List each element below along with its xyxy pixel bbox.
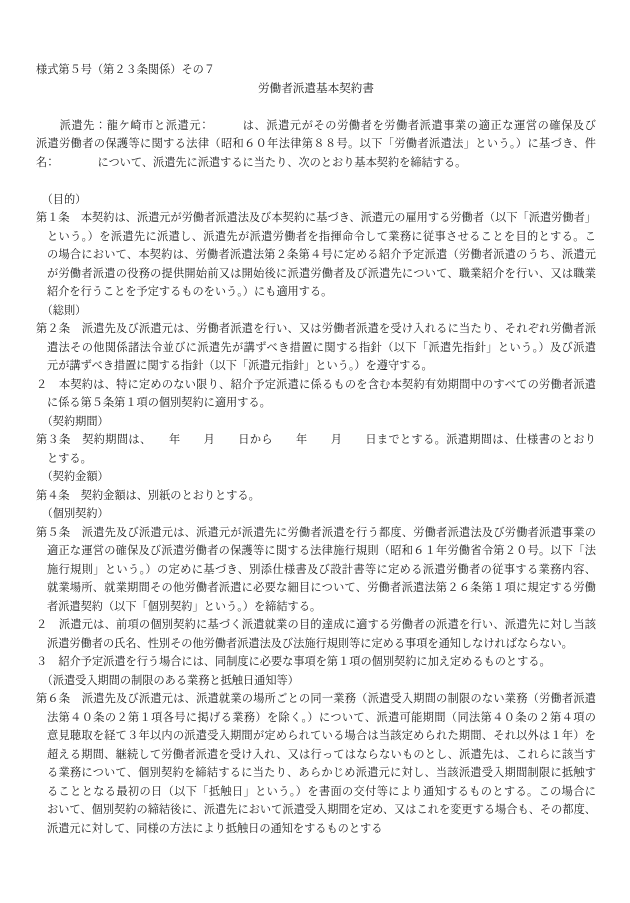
- doc-line: る業務について、個別契約を締結するに当たり、あらかじめ派遣元に対し、当該派遣受入…: [36, 764, 596, 783]
- doc-line: 者派遣契約（以下「個別契約」という。）を締結する。: [36, 598, 596, 617]
- doc-line: という。）を派遣先に派遣し、派遣先が派遣労働者を指揮命令して業務に従事させること…: [36, 228, 596, 247]
- doc-line: 派遣労働者の保護等に関する法律（昭和６０年法律第８８号。以下「労働者派遣法」とい…: [36, 135, 596, 154]
- doc-line: 第４条 契約金額は、別紙のとおりとする。: [36, 487, 596, 506]
- section-heading: （個別契約）: [36, 505, 596, 524]
- doc-line: ２ 派遣元は、前項の個別契約に基づく派遣就業の目的達成に適する労働者の派遣を行い…: [36, 616, 596, 635]
- doc-line: 第２条 派遣先及び派遣元は、労働者派遣を行い、又は労働者派遣を受け入れるに当たり…: [36, 320, 596, 339]
- doc-line: 就業場所、就業期間その他労働者派遣に必要な細目について、労働者派遣法第２６条第１…: [36, 579, 596, 598]
- doc-line: とする。: [36, 450, 596, 469]
- blank-line: [36, 98, 596, 117]
- doc-line: 遣法その他関係諸法令並びに派遣先が講ずべき措置に関する指針（以下「派遣先指針」と…: [36, 339, 596, 358]
- doc-line: 派遣先：龍ケ崎市と派遣元： は、派遣元がその労働者を労働者派遣事業の適正な運営の…: [36, 117, 596, 136]
- doc-line: 紹介を行うことを予定するものをいう。）にも適用する。: [36, 283, 596, 302]
- section-heading: （契約金額）: [36, 468, 596, 487]
- doc-line: に係る第５条第１項の個別契約に適用する。: [36, 394, 596, 413]
- doc-line: ２ 本契約は、特に定めのない限り、紹介予定派遣に係るものを含む本契約有効期間中の…: [36, 376, 596, 395]
- doc-line: ３ 紹介予定派遣を行う場合には、同制度に必要な事項を第１項の個別契約に加え定める…: [36, 653, 596, 672]
- doc-line: 第１条 本契約は、派遣元が労働者派遣法及び本契約に基づき、派遣元の雇用する労働者…: [36, 209, 596, 228]
- section-heading: （目的）: [36, 191, 596, 210]
- doc-line: 第３条 契約期間は、 年 月 日から 年 月 日までとする。派遣期間は、仕様書の…: [36, 431, 596, 450]
- doc-line: 元が講ずべき措置に関する指針（以下「派遣元指針」という。）を遵守する。: [36, 357, 596, 376]
- doc-line: 第６条 派遣先及び派遣元は、派遣就業の場所ごとの同一業務（派遣受入期間の制限のな…: [36, 690, 596, 709]
- section-heading: （派遣受入期間の制限のある業務と抵触日通知等）: [36, 672, 596, 691]
- doc-line: 超える期間、継続して労働者派遣を受け入れ、又は行ってはならないものとし、派遣先は…: [36, 746, 596, 765]
- doc-line: 法第４０条の２第１項各号に掲げる業務）を除く。）について、派遣可能期間（同法第４…: [36, 709, 596, 728]
- section-heading: （総則）: [36, 302, 596, 321]
- doc-line: 派遣元に対して、同様の方法により抵触日の通知をするものとする: [36, 820, 596, 839]
- doc-line: が労働者派遣の役務の提供開始前又は開始後に派遣労働者及び派遣先について、職業紹介…: [36, 265, 596, 284]
- doc-line: 施行規則」という。）の定めに基づき、別添仕様書及び設計書等に定める派遣労働者の従…: [36, 561, 596, 580]
- doc-line: 第５条 派遣先及び派遣元は、派遣元が派遣先に労働者派遣を行う都度、労働者派遣法及…: [36, 524, 596, 543]
- document-body: 様式第５号（第２３条関係）その７労働者派遣基本契約書 派遣先：龍ケ崎市と派遣元：…: [36, 61, 596, 838]
- doc-line: 派遣労働者の氏名、性別その他労働者派遣法及び法施行規則等に定める事項を通知しなけ…: [36, 635, 596, 654]
- doc-line: の場合において、本契約は、労働者派遣法第２条第４号に定める紹介予定派遣（労働者派…: [36, 246, 596, 265]
- form-number-line: 様式第５号（第２３条関係）その７: [36, 61, 596, 80]
- doc-line: ることとなる最初の日（以下「抵触日」という。）を書面の交付等により通知するものと…: [36, 783, 596, 802]
- doc-line: 名： について、派遣先に派遣するに当たり、次のとおり基本契約を締結する。: [36, 154, 596, 173]
- blank-line: [36, 172, 596, 191]
- section-heading: （契約期間）: [36, 413, 596, 432]
- doc-line: おいて、個別契約の締結後に、派遣先において派遣受入期間を定め、又はこれを変更する…: [36, 801, 596, 820]
- doc-line: 適正な運営の確保及び派遣労働者の保護等に関する法律施行規則（昭和６１年労働省令第…: [36, 542, 596, 561]
- doc-line: 意見聴取を経て３年以内の派遣受入期間が定められている場合は当該定められた期間、そ…: [36, 727, 596, 746]
- contract-page: 様式第５号（第２３条関係）その７労働者派遣基本契約書 派遣先：龍ケ崎市と派遣元：…: [0, 0, 630, 903]
- document-title: 労働者派遣基本契約書: [36, 80, 596, 99]
